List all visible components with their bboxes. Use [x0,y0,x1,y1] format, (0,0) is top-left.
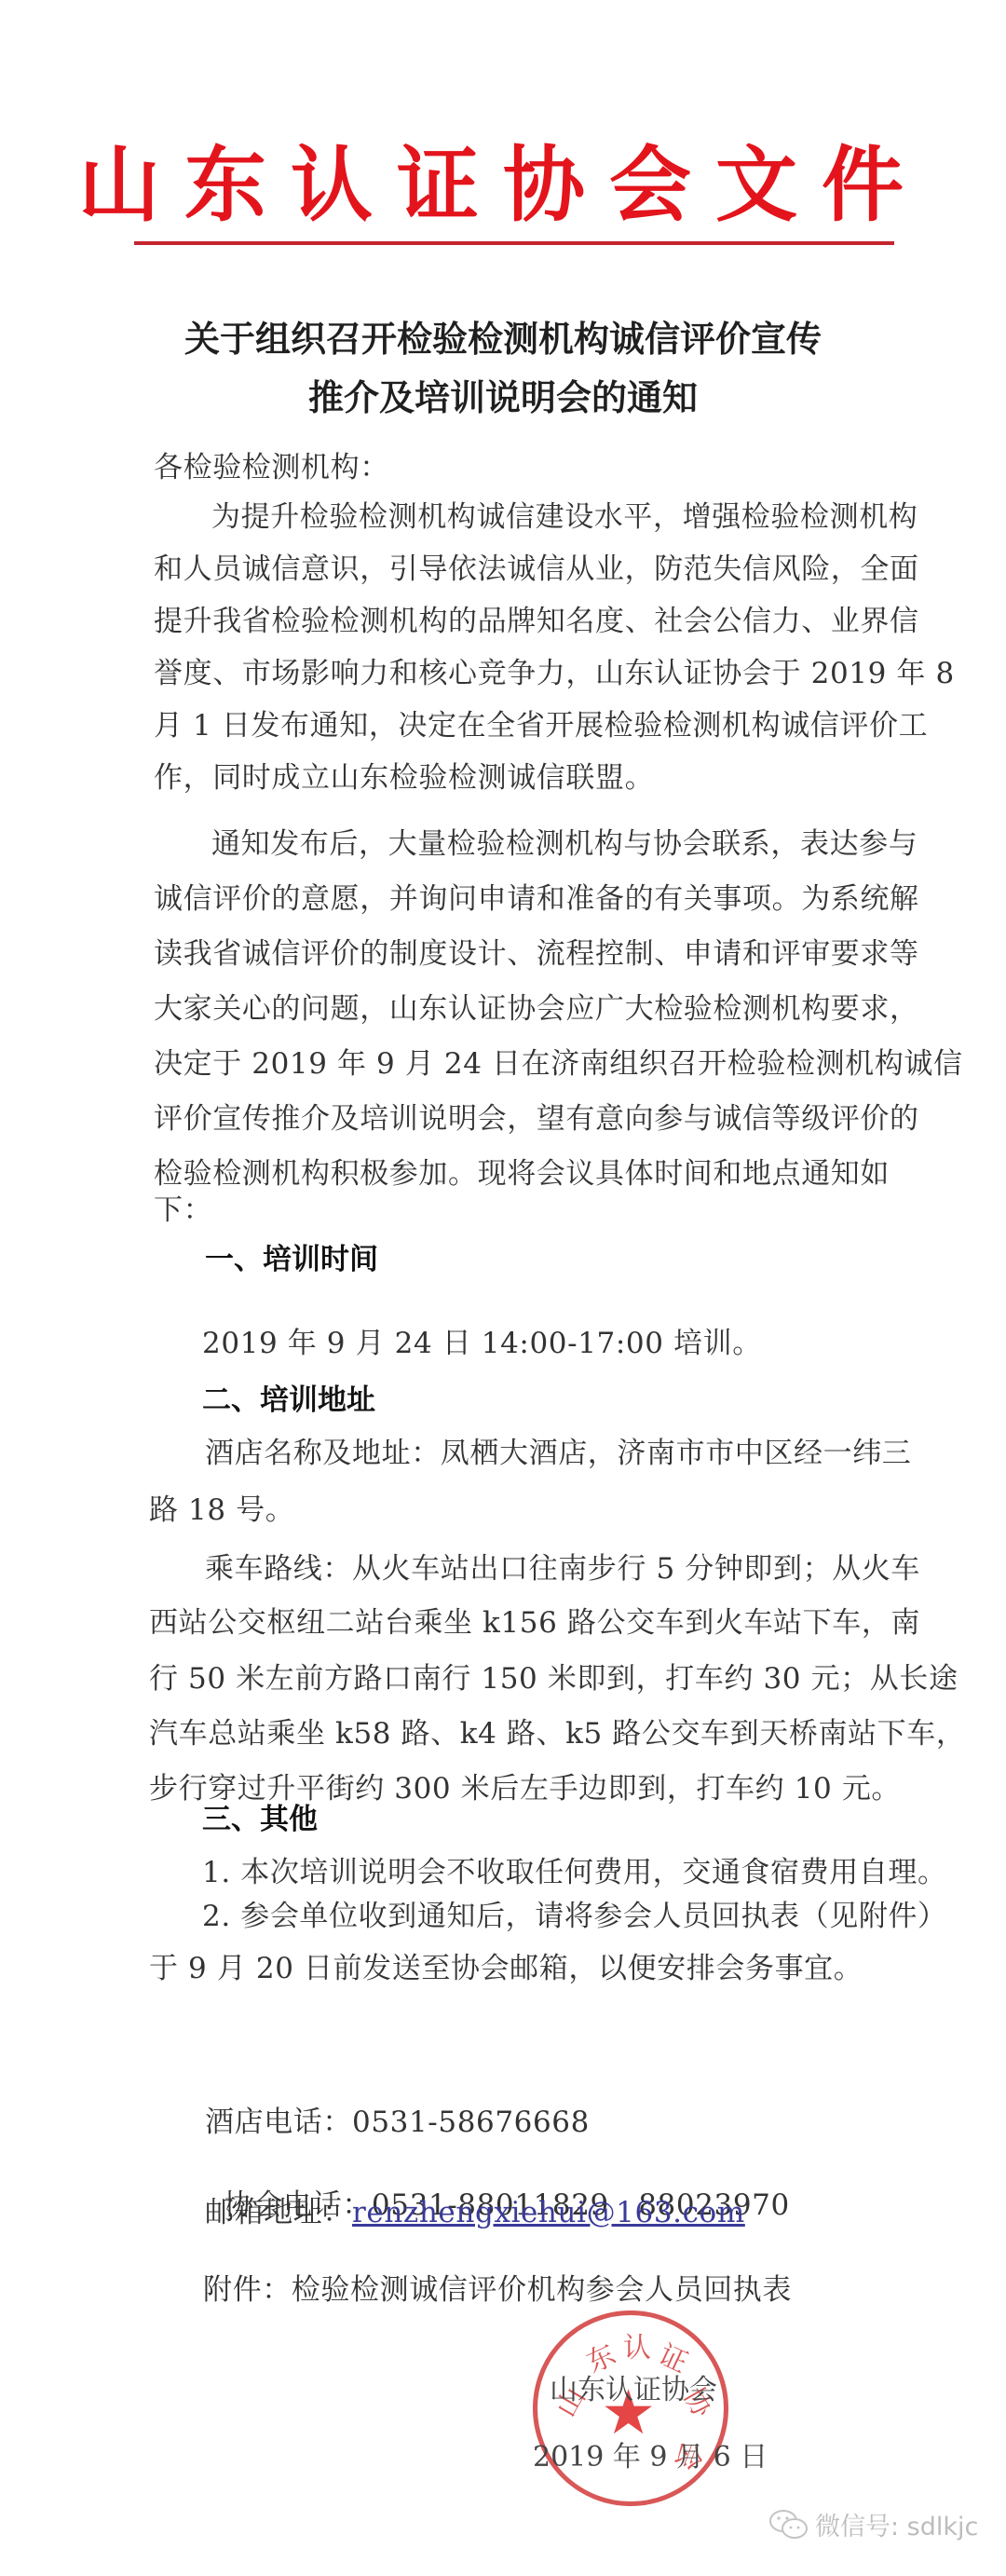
paragraph-2-line: 通知发布后，大量检验检测机构与协会联系，表达参与 [211,825,918,863]
section-heading-other: 三、其他 [202,1801,318,1838]
hotel-phone-row: 酒店电话：0531-58676668 [205,2104,590,2141]
attachment-line: 附件：检验检测诚信评价机构参会人员回执表 [203,2271,792,2309]
other-item-2-cont: 于 9 月 20 日前发送至协会邮箱，以便安排会务事宜。 [149,1950,863,1987]
signature-date: 2019 年 9 月 6 日 [533,2433,768,2474]
paragraph-2-line: 大家关心的问题，山东认证协会应广大检验检测机构要求， [154,990,919,1028]
address-line: 酒店名称及地址：凤栖大酒店，济南市市中区经一纬三 [205,1435,911,1472]
signature-org: 山东认证协会 [550,2366,717,2407]
paragraph-1-line: 作，同时成立山东检验检测诚信联盟。 [154,759,654,797]
address-line: 路 18 号。 [149,1492,294,1529]
email-link[interactable]: renzhengxiehui@163.com [352,2196,745,2229]
paragraph-1-line: 和人员诚信意识，引导依法诚信从业，防范失信风险，全面 [154,551,919,588]
notice-title-line-1: 关于组织召开检验检测机构诚信评价宣传 [0,316,1006,362]
email-label: 邮箱地址： [205,2196,352,2229]
wechat-icon [768,2508,809,2548]
notice-title-line-2: 推介及培训说明会的通知 [0,375,1006,421]
hotel-phone-label: 酒店电话： [205,2106,352,2139]
salutation: 各检验检测机构： [154,449,389,486]
training-time-line: 2019 年 9 月 24 日 14:00-17:00 培训。 [202,1325,762,1362]
route-line: 汽车总站乘坐 k58 路、k4 路、k5 路公交车到天桥南站下车， [149,1715,965,1752]
paragraph-2-line: 诚信评价的意愿，并询问申请和准备的有关事项。为系统解 [154,880,919,918]
wechat-watermark: 微信号: sdlkjc [768,2506,978,2548]
seal-char: 认 [623,2324,651,2365]
paragraph-1-line: 月 1 日发布通知，决定在全省开展检验检测机构诚信评价工 [154,707,928,744]
section-heading-address: 二、培训地址 [202,1382,375,1419]
paragraph-2-line: 评价宣传推介及培训说明会，望有意向参与诚信等级评价的 [154,1100,919,1138]
header-red-rule [134,241,894,245]
hotel-phone-value: 0531-58676668 [352,2106,590,2139]
document-org-header: 山东认证协会文件 [0,138,1006,231]
route-line: 西站公交枢纽二站台乘坐 k156 路公交车到火车站下车，南 [149,1604,920,1642]
paragraph-2-line: 下： [154,1192,212,1229]
official-seal: 山 东 认 证 协 会 ★ [533,2310,728,2506]
email-row: 邮箱地址：renzhengxiehui@163.com [205,2194,745,2231]
paragraph-2-line: 决定于 2019 年 9 月 24 日在济南组织召开检验检测机构诚信 [154,1045,963,1083]
watermark-text: 微信号: sdlkjc [815,2513,978,2542]
route-line: 行 50 米左前方路口南行 150 米即到，打车约 30 元；从长途 [149,1660,958,1697]
other-item-1: 1. 本次培训说明会不收取任何费用，交通食宿费用自理。 [202,1854,947,1891]
other-item-2: 2. 参会单位收到通知后，请将参会人员回执表（见附件） [202,1898,947,1935]
section-heading-time: 一、培训时间 [205,1241,378,1278]
paragraph-1-line: 提升我省检验检测机构的品牌知名度、社会公信力、业界信 [154,603,919,640]
paragraph-1-line: 誉度、市场影响力和核心竞争力，山东认证协会于 2019 年 8 [154,655,955,692]
paragraph-2-line: 读我省诚信评价的制度设计、流程控制、申请和评审要求等 [154,935,919,973]
paragraph-2-line: 检验检测机构积极参加。现将会议具体时间和地点通知如 [154,1155,890,1193]
paragraph-1-line: 为提升检验检测机构诚信建设水平，增强检验检测机构 [211,498,918,536]
route-line: 乘车路线：从火车站出口往南步行 5 分钟即到；从火车 [205,1550,920,1588]
